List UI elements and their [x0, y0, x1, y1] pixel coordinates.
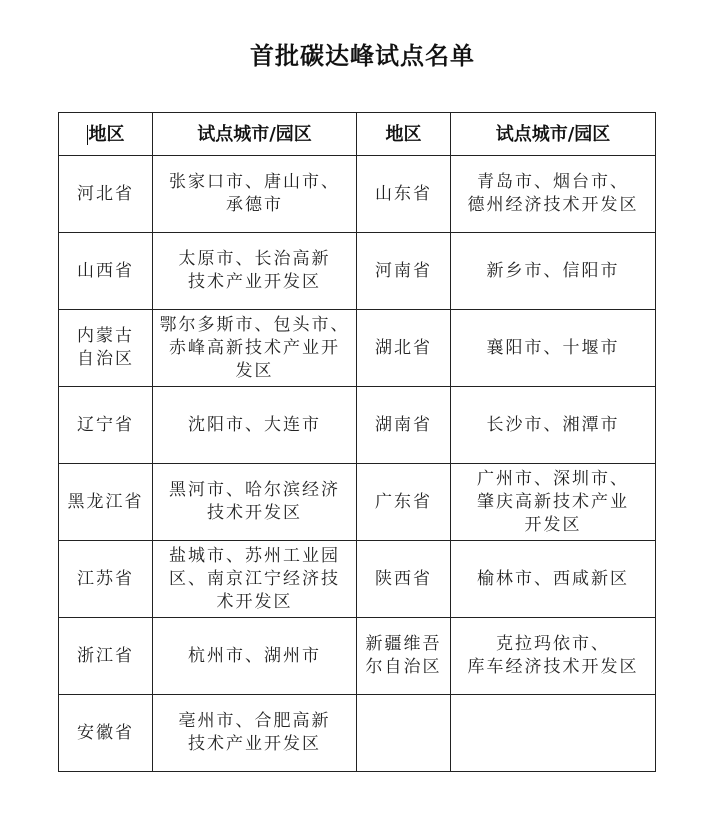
cell-text-line: 杭州市、湖州市 — [157, 645, 352, 668]
cities-cell: 太原市、长治高新技术产业开发区 — [153, 233, 357, 310]
table-row: 辽宁省沈阳市、大连市湖南省长沙市、湘潭市 — [59, 387, 656, 464]
region-cell: 江苏省 — [59, 541, 153, 618]
cell-text-line: 辽宁省 — [63, 414, 148, 437]
cell-text-line: 沈阳市、大连市 — [157, 414, 352, 437]
cell-text-line: 技术开发区 — [157, 502, 352, 525]
pilot-list-table: 地区 试点城市/园区 地区 试点城市/园区 河北省张家口市、唐山市、承德市山东省… — [58, 112, 656, 772]
page-title: 首批碳达峰试点名单 — [0, 36, 725, 71]
cities-cell: 亳州市、合肥高新技术产业开发区 — [153, 695, 357, 772]
cell-text-line: 黑龙江省 — [63, 491, 148, 514]
cell-text-line: 青岛市、烟台市、 — [455, 171, 651, 194]
cell-text-line: 开发区 — [455, 514, 651, 537]
header-cities-a: 试点城市/园区 — [153, 113, 357, 156]
cell-text-line: 术开发区 — [157, 591, 352, 614]
cities-cell: 杭州市、湖州市 — [153, 618, 357, 695]
cities-cell: 黑河市、哈尔滨经济技术开发区 — [153, 464, 357, 541]
cell-text-line: 黑河市、哈尔滨经济 — [157, 479, 352, 502]
region-cell: 陕西省 — [357, 541, 451, 618]
cell-text-line: 湖北省 — [361, 337, 446, 360]
cell-text-line: 榆林市、西咸新区 — [455, 568, 651, 591]
table-row: 山西省太原市、长治高新技术产业开发区河南省新乡市、信阳市 — [59, 233, 656, 310]
cities-cell: 广州市、深圳市、肇庆高新技术产业开发区 — [451, 464, 656, 541]
cities-cell: 新乡市、信阳市 — [451, 233, 656, 310]
cell-text-line: 内蒙古 — [63, 325, 148, 348]
region-cell: 广东省 — [357, 464, 451, 541]
cell-text-line: 太原市、长治高新 — [157, 248, 352, 271]
table-row: 浙江省杭州市、湖州市新疆维吾尔自治区克拉玛依市、库车经济技术开发区 — [59, 618, 656, 695]
cell-text-line: 赤峰高新技术产业开 — [157, 337, 352, 360]
cell-text-line: 德州经济技术开发区 — [455, 194, 651, 217]
cell-text-line: 库车经济技术开发区 — [455, 656, 651, 679]
table-row: 江苏省盐城市、苏州工业园区、南京江宁经济技术开发区陕西省榆林市、西咸新区 — [59, 541, 656, 618]
region-cell — [357, 695, 451, 772]
cell-text-line: 江苏省 — [63, 568, 148, 591]
region-cell: 河北省 — [59, 156, 153, 233]
cell-text-line: 陕西省 — [361, 568, 446, 591]
region-cell: 山东省 — [357, 156, 451, 233]
cities-cell — [451, 695, 656, 772]
header-region-b: 地区 — [357, 113, 451, 156]
table-header-row: 地区 试点城市/园区 地区 试点城市/园区 — [59, 113, 656, 156]
table-row: 河北省张家口市、唐山市、承德市山东省青岛市、烟台市、德州经济技术开发区 — [59, 156, 656, 233]
cell-text-line: 技术产业开发区 — [157, 271, 352, 294]
region-cell: 浙江省 — [59, 618, 153, 695]
table-row: 安徽省亳州市、合肥高新技术产业开发区 — [59, 695, 656, 772]
region-cell: 内蒙古自治区 — [59, 310, 153, 387]
cell-text-line: 技术产业开发区 — [157, 733, 352, 756]
cities-cell: 青岛市、烟台市、德州经济技术开发区 — [451, 156, 656, 233]
cities-cell: 盐城市、苏州工业园区、南京江宁经济技术开发区 — [153, 541, 357, 618]
region-cell: 辽宁省 — [59, 387, 153, 464]
cell-text-line: 广东省 — [361, 491, 446, 514]
region-cell: 湖南省 — [357, 387, 451, 464]
cell-text-line: 肇庆高新技术产业 — [455, 491, 651, 514]
region-cell: 山西省 — [59, 233, 153, 310]
cell-text-line: 河南省 — [361, 260, 446, 283]
cell-text-line: 自治区 — [63, 348, 148, 371]
table-row: 黑龙江省黑河市、哈尔滨经济技术开发区广东省广州市、深圳市、肇庆高新技术产业开发区 — [59, 464, 656, 541]
cell-text-line: 盐城市、苏州工业园 — [157, 545, 352, 568]
cell-text-line: 承德市 — [157, 194, 352, 217]
cell-text-line: 张家口市、唐山市、 — [157, 171, 352, 194]
cities-cell: 襄阳市、十堰市 — [451, 310, 656, 387]
cell-text-line: 河北省 — [63, 183, 148, 206]
region-cell: 湖北省 — [357, 310, 451, 387]
cell-text-line: 亳州市、合肥高新 — [157, 710, 352, 733]
header-cities-b: 试点城市/园区 — [451, 113, 656, 156]
header-region-a[interactable]: 地区 — [59, 113, 153, 156]
cell-text-line: 鄂尔多斯市、包头市、 — [157, 314, 352, 337]
cities-cell: 克拉玛依市、库车经济技术开发区 — [451, 618, 656, 695]
cell-text-line: 克拉玛依市、 — [455, 633, 651, 656]
cities-cell: 张家口市、唐山市、承德市 — [153, 156, 357, 233]
cell-text-line: 新疆维吾 — [361, 633, 446, 656]
cell-text-line: 安徽省 — [63, 722, 148, 745]
table-row: 内蒙古自治区鄂尔多斯市、包头市、赤峰高新技术产业开发区湖北省襄阳市、十堰市 — [59, 310, 656, 387]
region-cell: 黑龙江省 — [59, 464, 153, 541]
region-cell: 河南省 — [357, 233, 451, 310]
cell-text-line: 湖南省 — [361, 414, 446, 437]
cities-cell: 长沙市、湘潭市 — [451, 387, 656, 464]
cell-text-line: 襄阳市、十堰市 — [455, 337, 651, 360]
cities-cell: 榆林市、西咸新区 — [451, 541, 656, 618]
text-cursor — [87, 125, 88, 145]
cell-text-line: 新乡市、信阳市 — [455, 260, 651, 283]
cell-text-line: 尔自治区 — [361, 656, 446, 679]
cell-text-line: 发区 — [157, 360, 352, 383]
cities-cell: 鄂尔多斯市、包头市、赤峰高新技术产业开发区 — [153, 310, 357, 387]
cities-cell: 沈阳市、大连市 — [153, 387, 357, 464]
cell-text-line: 浙江省 — [63, 645, 148, 668]
region-cell: 新疆维吾尔自治区 — [357, 618, 451, 695]
cell-text-line: 山西省 — [63, 260, 148, 283]
cell-text-line: 区、南京江宁经济技 — [157, 568, 352, 591]
cell-text-line: 长沙市、湘潭市 — [455, 414, 651, 437]
cell-text-line: 山东省 — [361, 183, 446, 206]
region-cell: 安徽省 — [59, 695, 153, 772]
cell-text-line: 广州市、深圳市、 — [455, 468, 651, 491]
